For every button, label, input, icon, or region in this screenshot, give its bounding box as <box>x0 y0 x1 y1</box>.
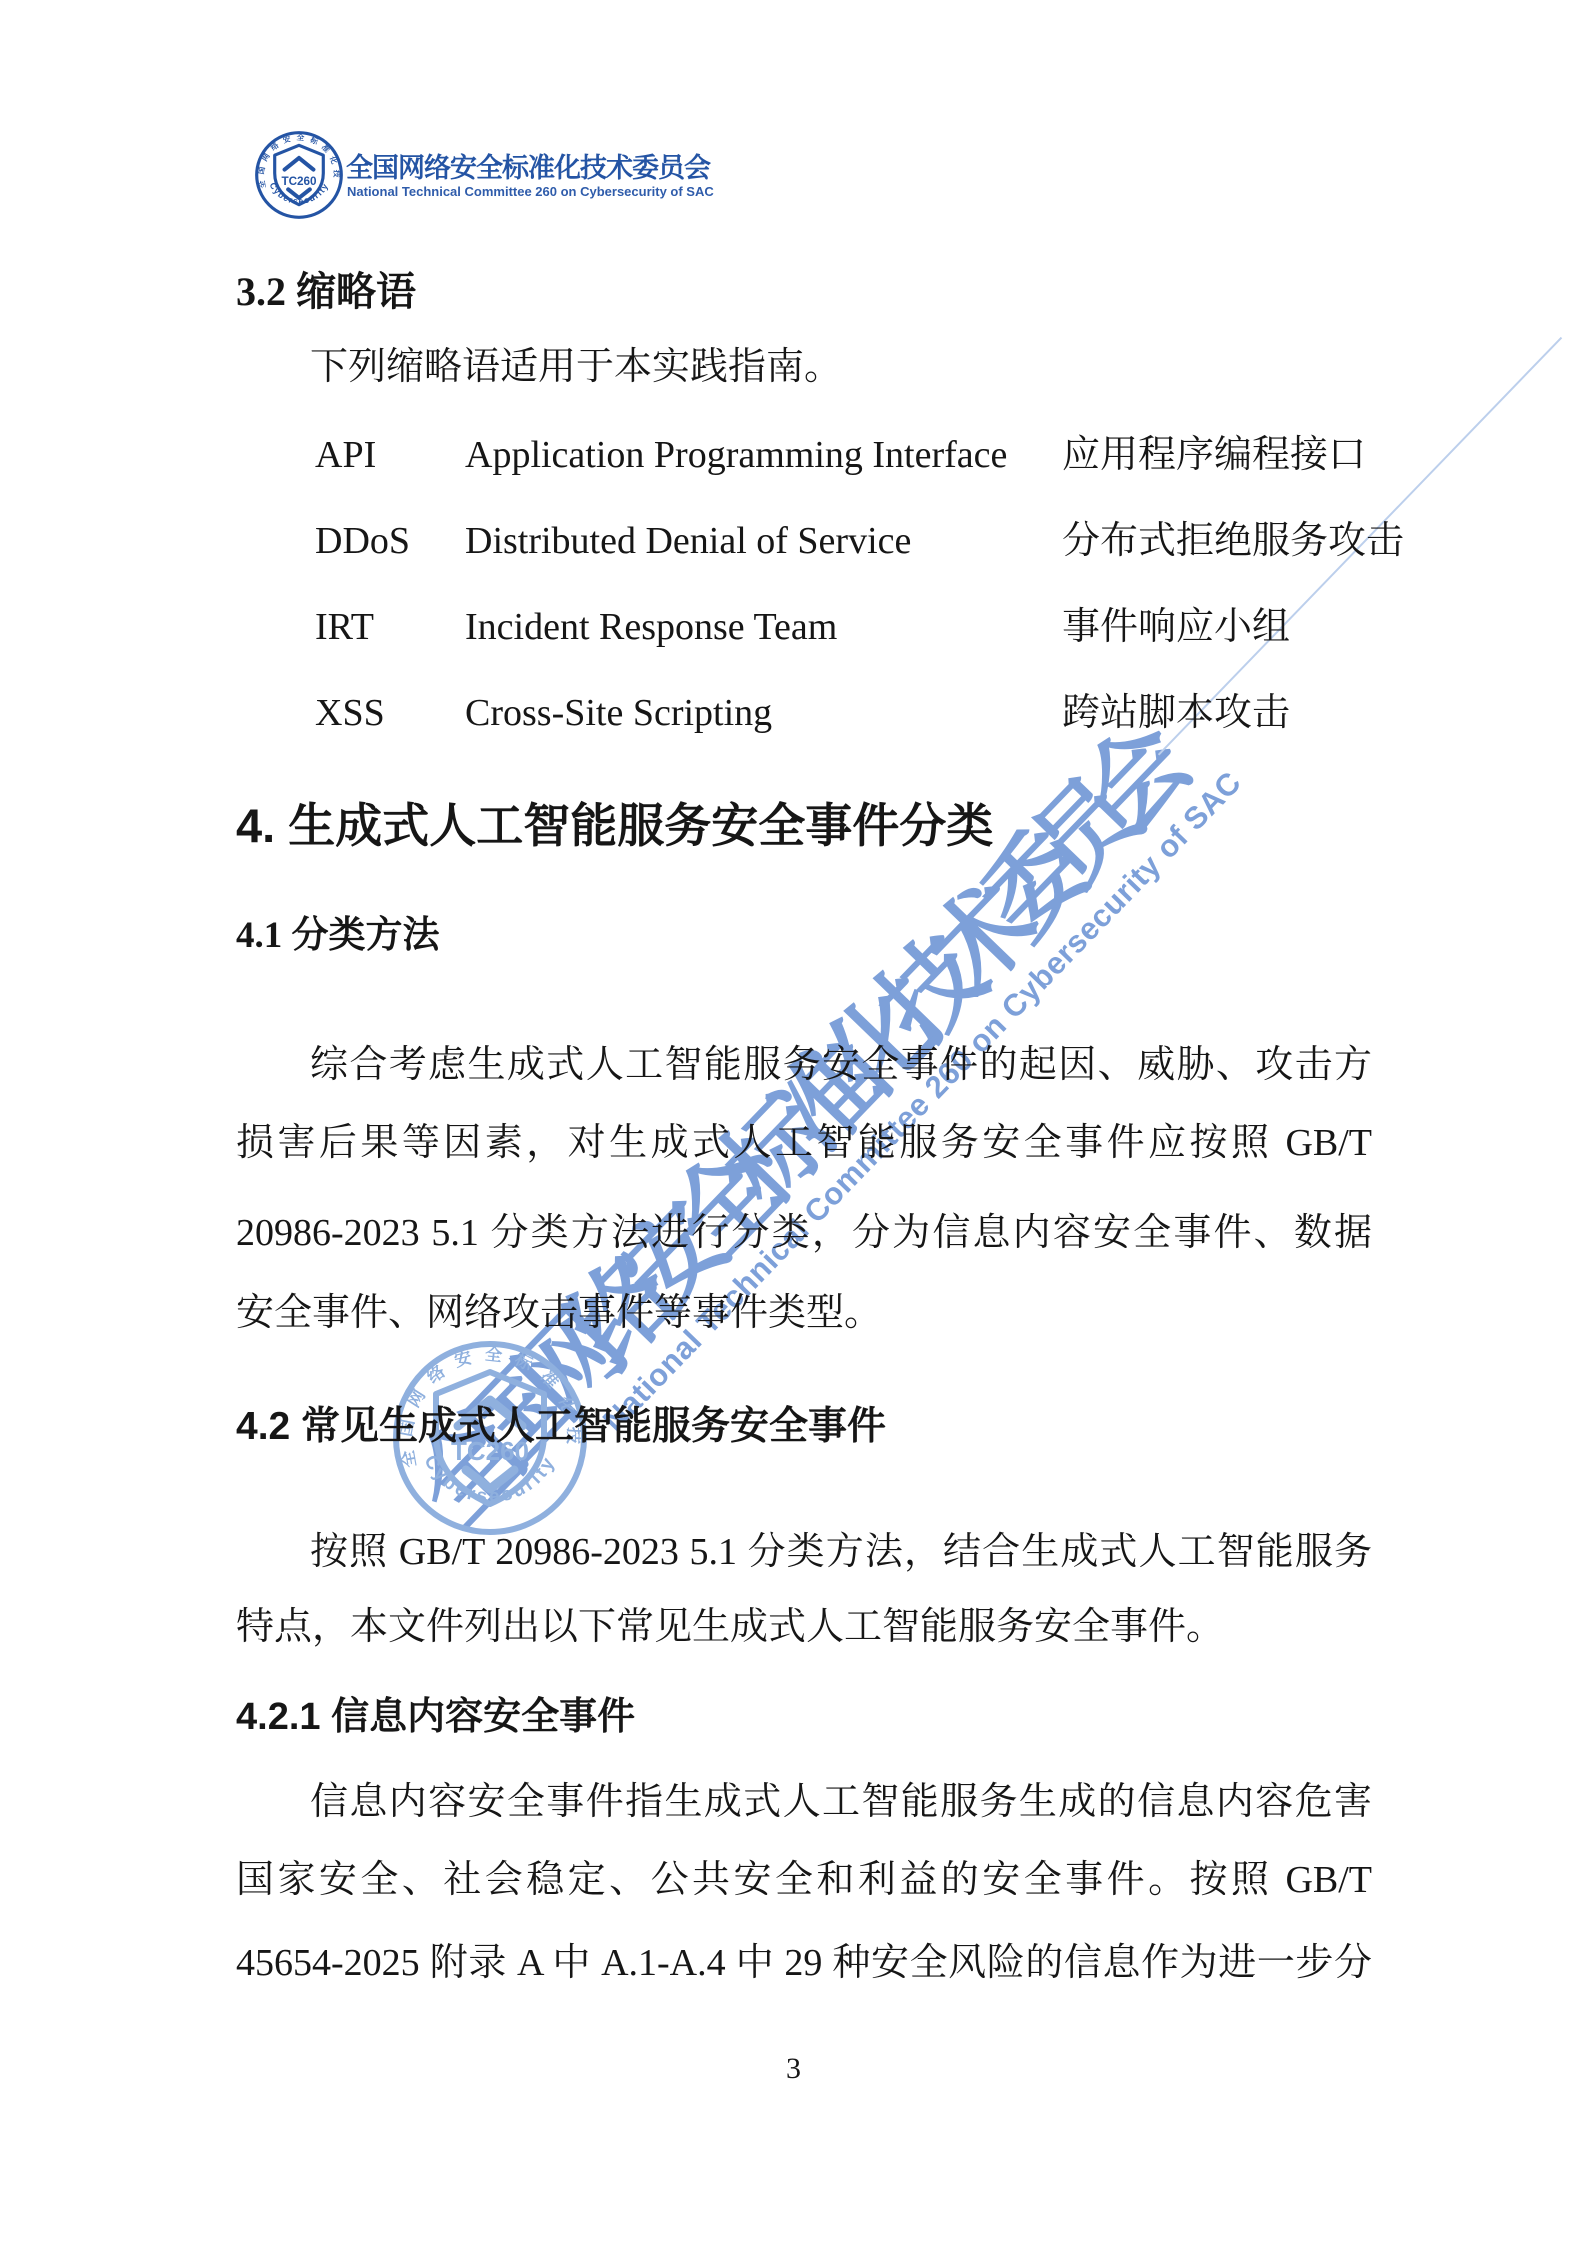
abbr-chinese: 事件响应小组 <box>1062 604 1290 650</box>
abbr-chinese: 跨站脚本攻击 <box>1062 690 1290 736</box>
document-page: 全国网络安全标准化技术委员会 National Technical Commit… <box>0 0 1587 2245</box>
abbr-full: Incident Response Team <box>465 604 837 650</box>
abbr-term: IRT <box>315 604 374 650</box>
watermark-text-en: National Technical Committee 260 on Cybe… <box>596 770 1244 1439</box>
abbr-full: Distributed Denial of Service <box>465 518 911 564</box>
abbr-term: XSS <box>315 690 385 736</box>
logo-title-cn: 全国网络安全标准化技术委员会 <box>346 152 710 184</box>
heading-4-1: 4.1 分类方法 <box>236 914 440 958</box>
paragraph-line: 45654-2025 附录 A 中 A.1-A.4 中 29 种安全风险的信息作… <box>236 1940 1372 1986</box>
abbr-chinese: 分布式拒绝服务攻击 <box>1062 518 1404 564</box>
watermark-seal-cybersecurity-text: Cybersecurity <box>419 1452 560 1508</box>
heading-4-2-1: 4.2.1 信息内容安全事件 <box>236 1694 635 1740</box>
paragraph-line: 安全事件、网络攻击事件等事件类型。 <box>236 1290 882 1336</box>
paragraph-line: 信息内容安全事件指生成式人工智能服务生成的信息内容危害 <box>310 1779 1372 1825</box>
heading-4-2: 4.2 常见生成式人工智能服务安全事件 <box>236 1404 886 1450</box>
logo-seal-tc260-text: TC260 <box>281 175 317 188</box>
heading-4: 4. 生成式人工智能服务安全事件分类 <box>236 798 993 854</box>
paragraph-line: 损害后果等因素，对生成式人工智能服务安全事件应按照 GB/T <box>236 1120 1372 1166</box>
abbr-term: DDoS <box>315 518 410 564</box>
paragraph-line: 综合考虑生成式人工智能服务安全事件的起因、威胁、攻击方式、 <box>310 1042 1372 1088</box>
heading-3-2: 3.2 缩略语 <box>236 268 416 316</box>
paragraph-line: 特点，本文件列出以下常见生成式人工智能服务安全事件。 <box>236 1604 1224 1650</box>
page-number: 3 <box>0 2052 1587 2086</box>
abbr-full: Cross-Site Scripting <box>465 690 772 736</box>
tc260-seal-icon: 全国网络安全标准化技术委员会 Cybersecurity TC260 <box>254 130 344 220</box>
abbr-intro-line: 下列缩略语适用于本实践指南。 <box>310 344 842 390</box>
paragraph-line: 20986-2023 5.1 分类方法进行分类，分为信息内容安全事件、数据 <box>236 1210 1372 1256</box>
svg-text:Cybersecurity: Cybersecurity <box>419 1452 560 1508</box>
logo-subtitle-en: National Technical Committee 260 on Cybe… <box>347 184 714 200</box>
abbr-full: Application Programming Interface <box>465 432 1007 478</box>
paragraph-line: 按照 GB/T 20986-2023 5.1 分类方法，结合生成式人工智能服务 <box>310 1529 1372 1575</box>
abbr-term: API <box>315 432 376 478</box>
paragraph-line: 国家安全、社会稳定、公共安全和利益的安全事件。按照 GB/T <box>236 1857 1372 1903</box>
abbr-chinese: 应用程序编程接口 <box>1062 432 1366 478</box>
